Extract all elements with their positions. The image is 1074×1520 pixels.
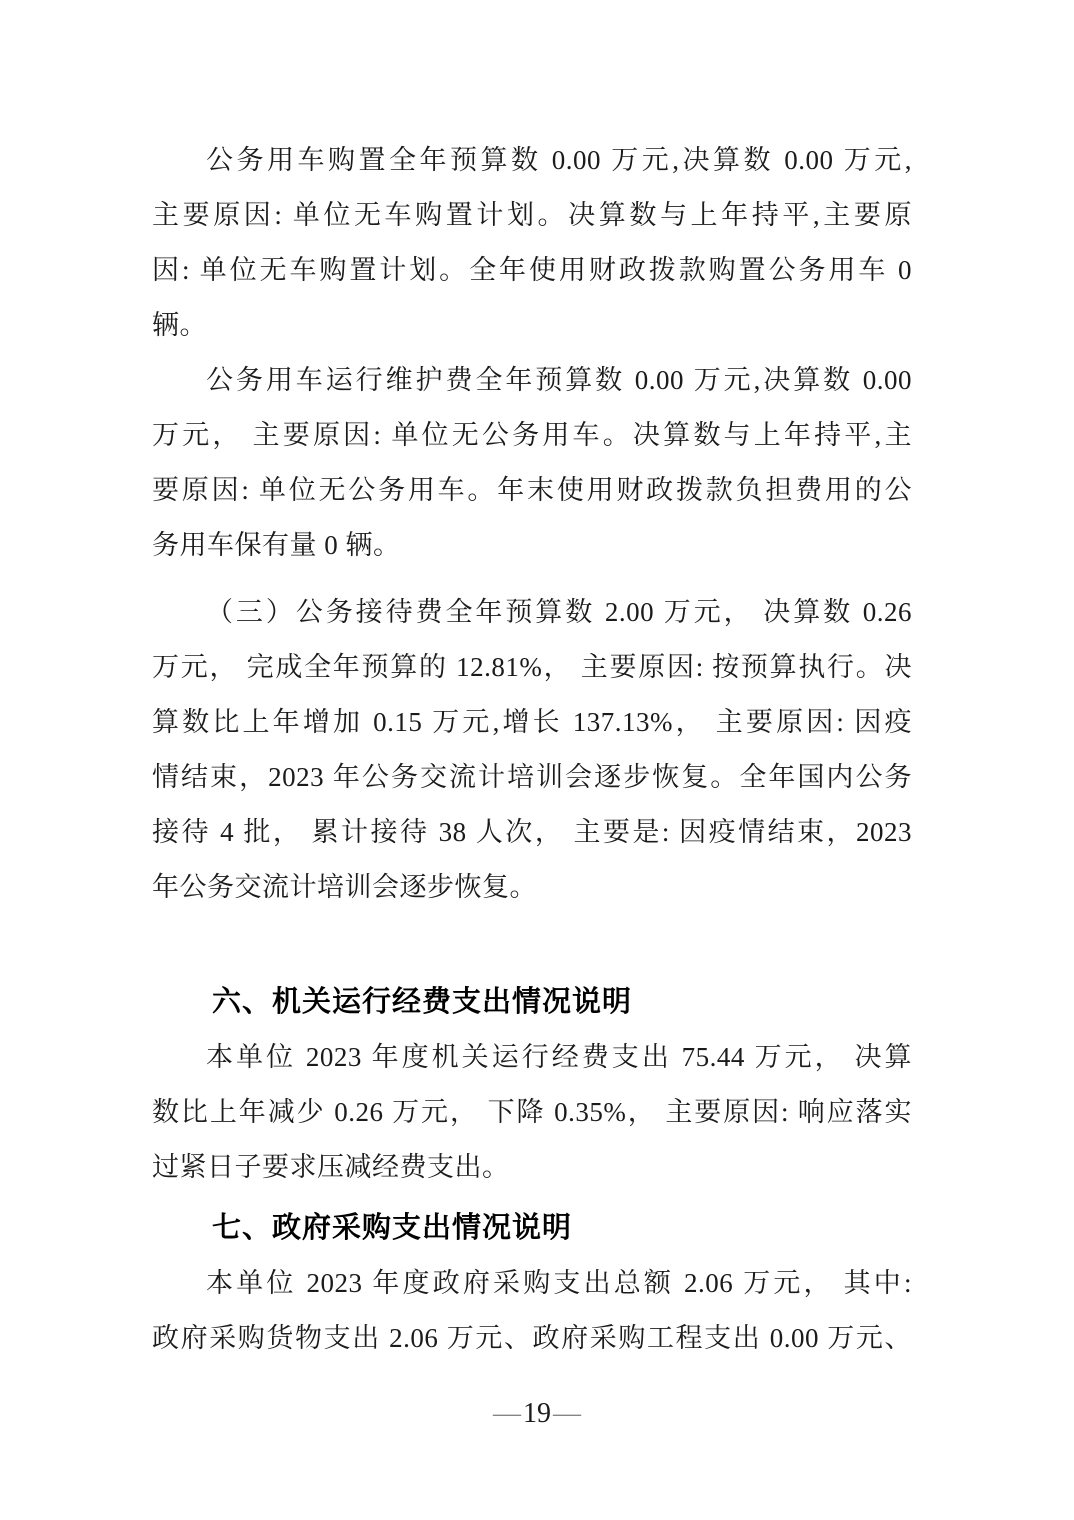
body-line: 公务用车运行维护费全年预算数 0.00 万元,决算数 0.00 [152,353,912,408]
page-number-dash-right: — [553,1398,581,1429]
body-line: 务用车保有量 0 辆。 [152,518,912,573]
body-line: （三）公务接待费全年预算数 2.00 万元， 决算数 0.26 [152,585,912,640]
body-line: 情结束，2023 年公务交流计培训会逐步恢复。全年国内公务 [152,750,912,805]
body-line: 辆。 [152,298,912,353]
page-number: —19— [0,1398,1074,1430]
body-line: 数比上年减少 0.26 万元， 下降 0.35%， 主要原因: 响应落实 [152,1085,912,1140]
page-number-dash-left: — [493,1398,521,1429]
body-line: 公务用车购置全年预算数 0.00 万元,决算数 0.00 万元, [152,133,912,188]
body-line: 万元， 主要原因: 单位无公务用车。决算数与上年持平,主 [152,408,912,463]
body-line: 主要原因: 单位无车购置计划。决算数与上年持平,主要原 [152,188,912,243]
document-body: 公务用车购置全年预算数 0.00 万元,决算数 0.00 万元, 主要原因: 单… [152,133,912,1366]
page-number-value: 19 [521,1398,553,1429]
paragraph-government-procurement: 本单位 2023 年度政府采购支出总额 2.06 万元， 其中: 政府采购货物支… [152,1256,912,1366]
body-line: 要原因: 单位无公务用车。年末使用财政拨款负担费用的公 [152,463,912,518]
paragraph-vehicle-maintenance: 公务用车运行维护费全年预算数 0.00 万元,决算数 0.00 万元， 主要原因… [152,353,912,573]
section-heading-government-procurement: 七、政府采购支出情况说明 [152,1201,912,1256]
paragraph-vehicle-purchase: 公务用车购置全年预算数 0.00 万元,决算数 0.00 万元, 主要原因: 单… [152,133,912,353]
section-heading-operating-expenses: 六、机关运行经费支出情况说明 [152,975,912,1030]
body-line: 本单位 2023 年度政府采购支出总额 2.06 万元， 其中: [152,1256,912,1311]
body-line: 过紧日子要求压减经费支出。 [152,1140,912,1195]
body-line: 本单位 2023 年度机关运行经费支出 75.44 万元， 决算 [152,1030,912,1085]
body-line: 接待 4 批， 累计接待 38 人次， 主要是: 因疫情结束，2023 [152,805,912,860]
paragraph-official-reception: （三）公务接待费全年预算数 2.00 万元， 决算数 0.26 万元， 完成全年… [152,585,912,915]
body-line: 算数比上年增加 0.15 万元,增长 137.13%， 主要原因: 因疫 [152,695,912,750]
body-line: 因: 单位无车购置计划。全年使用财政拨款购置公务用车 0 [152,243,912,298]
body-line: 万元， 完成全年预算的 12.81%， 主要原因: 按预算执行。决 [152,640,912,695]
paragraph-operating-expenses: 本单位 2023 年度机关运行经费支出 75.44 万元， 决算 数比上年减少 … [152,1030,912,1195]
body-line: 政府采购货物支出 2.06 万元、政府采购工程支出 0.00 万元、 [152,1311,912,1366]
document-page: 公务用车购置全年预算数 0.00 万元,决算数 0.00 万元, 主要原因: 单… [0,0,1074,1520]
body-line: 年公务交流计培训会逐步恢复。 [152,860,912,915]
